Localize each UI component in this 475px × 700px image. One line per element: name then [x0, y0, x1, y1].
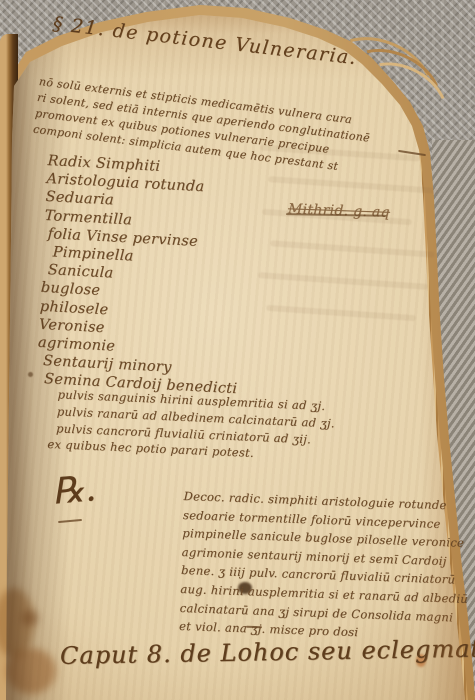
stain	[6, 648, 56, 694]
ink-dot	[28, 372, 33, 377]
prescription-symbol: ℞.	[50, 468, 98, 513]
photo-of-manuscript: § 21. de potione Vulneraria. nō solū ext…	[0, 0, 475, 700]
stain	[22, 610, 38, 626]
powder-dosage-lines: pulvis sanguinis hirini ausplemritia si …	[47, 386, 336, 466]
recipe-block: Decoc. radic. simphiti aristologuie rotu…	[179, 487, 472, 646]
ingredient-list: Radix Simphiti Aristologuia rotunda Sedu…	[36, 152, 250, 399]
